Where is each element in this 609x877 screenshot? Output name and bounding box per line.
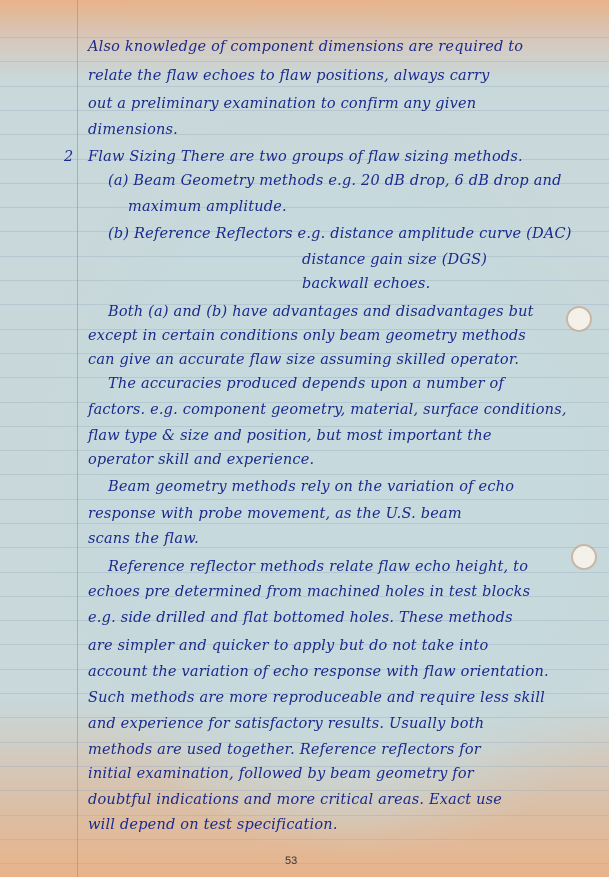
text-line: scans the flaw. [88, 531, 199, 547]
handwritten-text: Also knowledge of component dimensions a… [0, 0, 609, 877]
text-line: except in certain conditions only beam g… [88, 328, 526, 344]
text-line: Beam geometry methods rely on the variat… [108, 479, 514, 495]
text-line: dimensions. [88, 122, 178, 138]
text-line: operator skill and experience. [88, 452, 314, 468]
text-line: maximum amplitude. [128, 199, 287, 215]
text-line: can give an accurate flaw size assuming … [88, 352, 519, 368]
text-line: The accuracies produced depends upon a n… [108, 376, 504, 392]
text-line: factors. e.g. component geometry, materi… [88, 402, 567, 418]
text-line: Such methods are more reproduceable and … [88, 690, 545, 706]
text-line: and experience for satisfactory results.… [88, 716, 484, 732]
text-line: Reference reflector methods relate flaw … [108, 559, 528, 575]
text-line: account the variation of echo response w… [88, 664, 549, 680]
list-marker: 2 [64, 149, 73, 165]
text-line: echoes pre determined from machined hole… [88, 584, 530, 600]
text-line: Both (a) and (b) have advantages and dis… [108, 304, 534, 320]
text-line: doubtful indications and more critical a… [88, 792, 502, 808]
text-line: (a) Beam Geometry methods e.g. 20 dB dro… [108, 173, 562, 189]
text-line: initial examination, followed by beam ge… [88, 766, 474, 782]
text-line: Flaw Sizing There are two groups of flaw… [88, 149, 523, 165]
text-line: flaw type & size and position, but most … [88, 428, 492, 444]
text-line: methods are used together. Reference ref… [88, 742, 481, 758]
text-line: e.g. side drilled and flat bottomed hole… [88, 610, 513, 626]
text-line: distance gain size (DGS) [302, 252, 487, 268]
text-line: Also knowledge of component dimensions a… [88, 39, 523, 55]
text-line: are simpler and quicker to apply but do … [88, 638, 488, 654]
text-line: relate the flaw echoes to flaw positions… [88, 68, 490, 84]
text-line: response with probe movement, as the U.S… [88, 506, 462, 522]
text-line: (b) Reference Reflectors e.g. distance a… [108, 226, 572, 242]
text-line: backwall echoes. [302, 276, 430, 292]
text-line: will depend on test specification. [88, 817, 338, 833]
page-number: 53 [285, 855, 297, 867]
text-line: out a preliminary examination to confirm… [88, 96, 476, 112]
